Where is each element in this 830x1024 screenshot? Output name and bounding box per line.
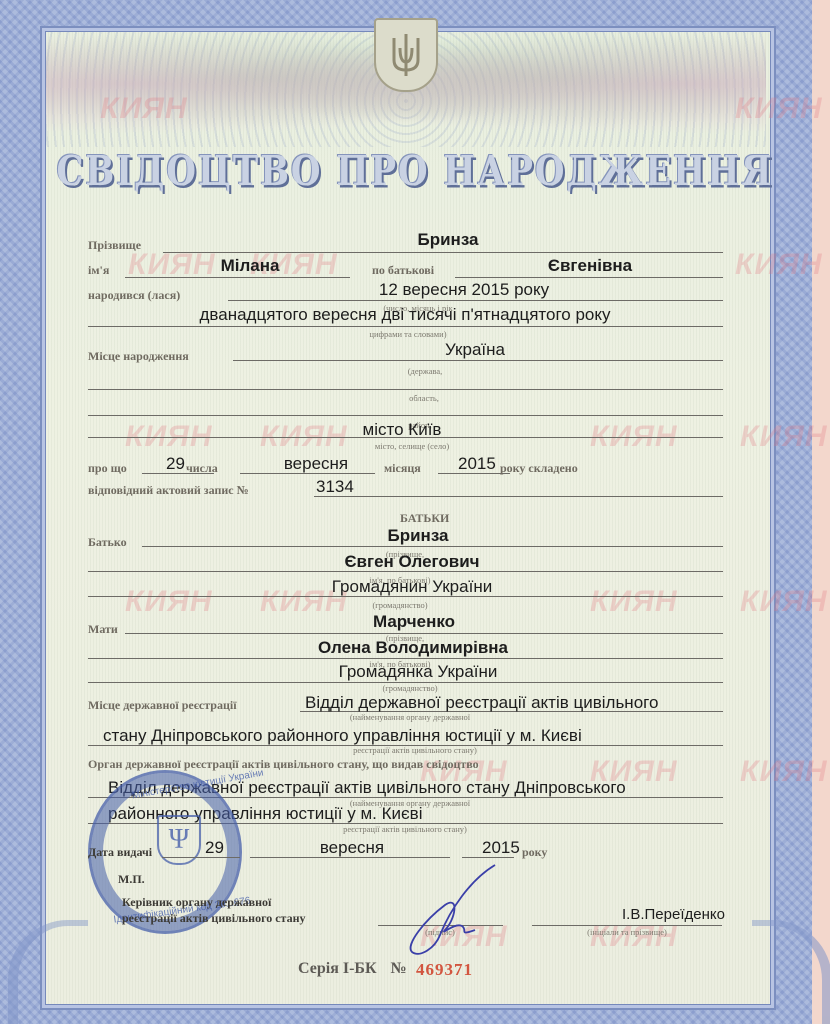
trident-icon [374,18,438,92]
official-name-line [532,925,722,926]
mother-name: Олена Володимирівна [318,638,508,658]
issue-date-label: Дата видачі [88,845,152,860]
official-name-hint: (ініціали та прізвище) [587,927,667,937]
act-number-label: відповідний актовий запис № [88,483,249,498]
record-month-label: місяця [384,461,421,476]
born-label: народився (лася) [88,288,180,303]
child-patronymic: Євгенівна [548,256,632,276]
surname-label: Прізвище [88,238,141,253]
surname-line [163,252,723,253]
father-name: Євген Олегович [344,552,479,572]
issue-day-line [162,857,240,858]
registration-place-line2: стану Дніпровського районного управління… [103,726,582,746]
country-hint: (держава, [408,366,443,376]
trident-icon [388,30,424,80]
act-number-line [314,496,723,497]
father-label: Батько [88,535,127,550]
father-surname: Бринза [387,526,448,546]
issue-day: 29 [205,838,224,858]
record-month: вересня [284,454,348,474]
issue-year: 2015 [482,838,520,858]
name-line [125,277,350,278]
birth-date-line [228,300,723,301]
official-name: І.В.Переїденко [622,906,725,923]
signature [400,860,510,960]
issue-month: вересня [320,838,384,858]
record-prefix-label: про що [88,461,127,476]
record-year-label: року складено [500,461,578,476]
region-line [88,389,723,390]
father-citizenship: Громадянин України [332,577,492,597]
series-label: Серія І-БК № [298,960,407,978]
name-label: ім'я [88,263,109,278]
mother-citizenship-hint: (громадянство) [382,683,437,693]
father-citizenship-hint: (громадянство) [372,600,427,610]
number-sign: № [391,960,407,977]
birthplace-label: Місце народження [88,349,189,364]
record-day-label: числа [186,461,218,476]
mother-label: Мати [88,622,118,637]
parents-heading: БАТЬКИ [400,511,449,526]
country-line [233,360,723,361]
series-text: Серія І-БК [298,960,377,977]
page-title: СВІДОЦТВО ПРО НАРОДЖЕННЯ [0,148,830,196]
issue-year-suffix: року [522,845,547,860]
patronymic-label: по батькові [372,263,434,278]
birthplace-country: Україна [445,340,505,360]
mother-citizenship: Громадянка України [339,662,498,682]
birth-date-words-hint: цифрами та словами) [369,329,446,339]
birth-date: 12 вересня 2015 року [379,280,549,300]
record-day: 29 [166,454,185,474]
registration-place-hint2: реєстрації актів цивільного стану) [353,745,477,755]
region-hint: область, [409,393,439,403]
record-year: 2015 [458,454,496,474]
city-hint: місто, селище (село) [375,441,449,451]
series-number: 469371 [416,960,473,980]
father-surname-line [142,546,723,547]
child-name: Мілана [221,256,280,276]
patronymic-line [455,277,723,278]
issuer-hint2: реєстрації актів цивільного стану) [343,824,467,834]
registration-place-line1: Відділ державної реєстрації актів цивіль… [305,693,658,713]
birthplace-city: місто Київ [363,420,442,440]
registration-place-hint1: (найменування органу державної [350,712,470,722]
birth-date-words-line [88,326,723,327]
child-surname: Бринза [417,230,478,250]
swan-ornament-right [752,920,830,1024]
head-label-line1: Керівник органу державної [122,895,271,910]
registration-place-label: Місце державної реєстрації [88,698,237,713]
district-line [88,415,723,416]
issuer-label: Орган державної реєстрації актів цивільн… [88,757,479,772]
head-label-line2: реєстрації актів цивільного стану [122,911,306,926]
mother-surname: Марченко [373,612,455,632]
birth-date-words: дванадцятого вересня дві тисячі п'ятнадц… [199,305,610,325]
seal-label: М.П. [118,872,145,887]
act-number: 3134 [316,477,354,497]
